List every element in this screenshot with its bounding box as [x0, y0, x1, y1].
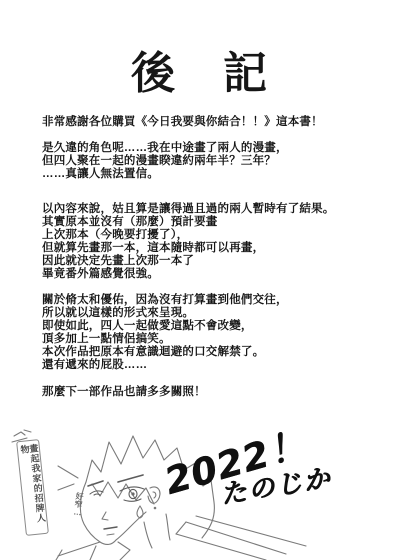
paragraph-closing: 那麼下一部作品也請多多關照！	[42, 386, 390, 399]
text-line: 還有遞來的屁股……	[42, 359, 390, 372]
text-line: 但四人聚在一起的漫畫睽違約兩年半？三年？	[42, 155, 390, 168]
text-line: 其實原本並沒有（那麼）預計要畫	[42, 216, 390, 229]
paragraph-content-notes: 以內容來說，姑且算是讓得過且過的兩人暫時有了結果。 其實原本並沒有（那麼）預計要…	[42, 203, 390, 281]
text-line: 本次作品把原本有意識迴避的口交解禁了。	[42, 346, 390, 359]
text-line: ……真讓人無法置信。	[42, 168, 390, 181]
afterword-page: 後 記 非常感謝各位購買《今日我要與你結合！！》這本書！ 是久違的角色呢……我在…	[0, 0, 400, 560]
text-line: 那麼下一部作品也請多多關照！	[42, 386, 390, 399]
text-line: 上次那本（今晚要打擾了），	[42, 229, 390, 242]
paragraph-characters-return: 是久違的角色呢……我在中途畫了兩人的漫畫， 但四人聚在一起的漫畫睽違約兩年半？三…	[42, 142, 390, 181]
text-line: 因此就決定先畫上次那一本了	[42, 255, 390, 268]
speech-bubble-tail	[58, 466, 78, 490]
text-line: 以內容來說，姑且算是讓得過且過的兩人暫時有了結果。	[42, 203, 390, 216]
afterword-body: 非常感謝各位購買《今日我要與你結合！！》這本書！ 是久違的角色呢……我在中途畫了…	[42, 116, 390, 416]
text-line: 是久違的角色呢……我在中途畫了兩人的漫畫，	[42, 142, 390, 155]
page-title: 後 記	[0, 52, 400, 96]
footer-illustration: 畫起我家的招牌人物 好窄… 2022！ たのじか	[0, 424, 400, 560]
text-line: 所以就以這樣的形式來呈現。	[42, 307, 390, 320]
text-line: 非常感謝各位購買《今日我要與你結合！！》這本書！	[42, 116, 390, 129]
paragraph-couple-notes: 關於脩太和優佑，因為沒有打算畫到他們交往， 所以就以這樣的形式來呈現。 即使如此…	[42, 294, 390, 372]
paragraph-thanks: 非常感謝各位購買《今日我要與你結合！！》這本書！	[42, 116, 390, 129]
text-line: 畢竟番外篇感覺很強。	[42, 268, 390, 281]
text-line: 頂多加上一點情侶搞笑。	[42, 333, 390, 346]
text-line: 但就算先畫那一本，這本隨時都可以再畫，	[42, 242, 390, 255]
text-line: 即使如此，四人一起做愛這點不會改變，	[42, 320, 390, 333]
text-line: 關於脩太和優佑，因為沒有打算畫到他們交往，	[42, 294, 390, 307]
